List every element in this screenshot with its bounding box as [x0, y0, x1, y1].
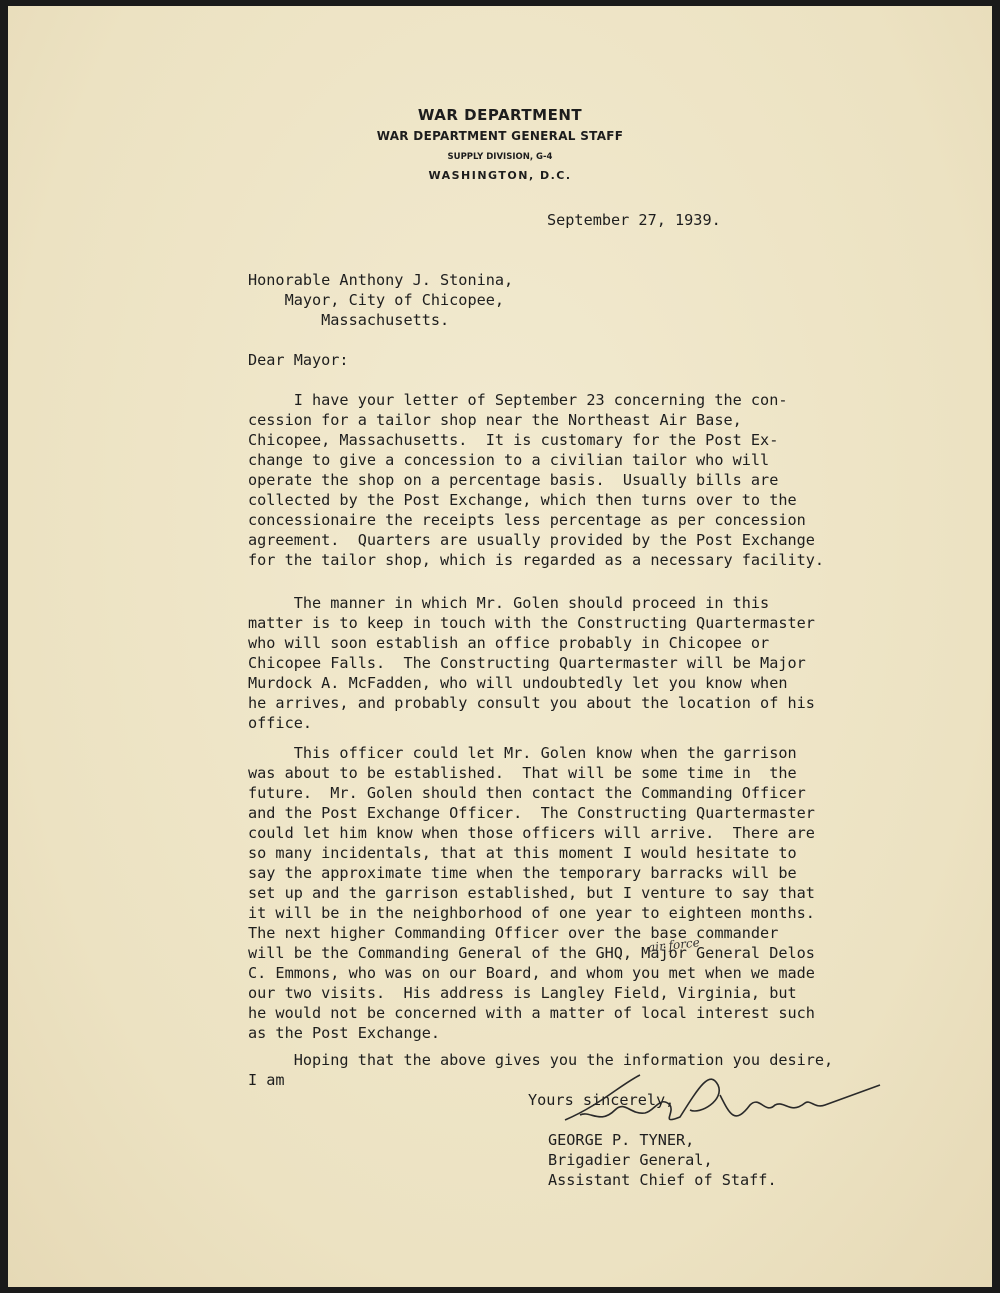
letterhead-division: SUPPLY DIVISION, G-4 — [0, 152, 1000, 162]
letterhead-location: WASHINGTON, D.C. — [0, 169, 1000, 182]
letterhead-staff: WAR DEPARTMENT GENERAL STAFF — [0, 129, 1000, 143]
body-paragraph-2: The manner in which Mr. Golen should pro… — [248, 593, 815, 733]
body-paragraph-3: This officer could let Mr. Golen know wh… — [248, 743, 815, 1043]
letter-date: September 27, 1939. — [547, 210, 721, 230]
recipient-address: Honorable Anthony J. Stonina, Mayor, Cit… — [248, 270, 513, 330]
salutation: Dear Mayor: — [248, 350, 349, 370]
signature-block: GEORGE P. TYNER, Brigadier General, Assi… — [548, 1130, 777, 1190]
body-paragraph-1: I have your letter of September 23 conce… — [248, 390, 824, 570]
letterhead-department: WAR DEPARTMENT — [0, 106, 1000, 124]
